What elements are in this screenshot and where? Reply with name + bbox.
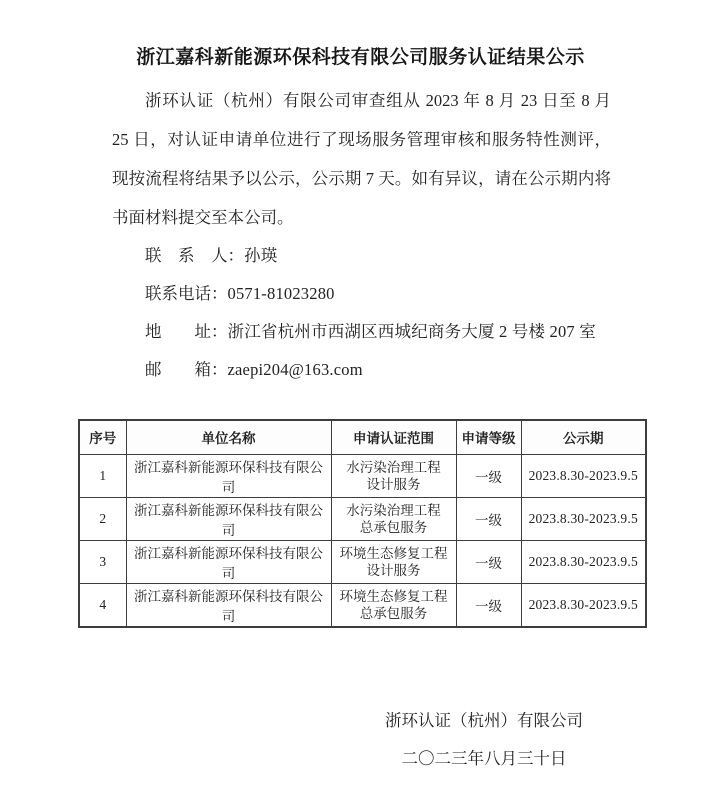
cell-company: 浙江嘉科新能源环保科技有限公司: [126, 454, 331, 497]
header-period: 公示期: [521, 420, 646, 454]
cell-grade: 一级: [456, 583, 521, 627]
cell-period: 2023.8.30-2023.9.5: [521, 454, 646, 497]
cell-no: 1: [79, 454, 126, 497]
cell-company: 浙江嘉科新能源环保科技有限公司: [126, 497, 331, 540]
cell-scope: 水污染治理工程 设计服务: [331, 454, 456, 497]
announcement-document: 浙江嘉科新能源环保科技有限公司服务认证结果公示 浙环认证（杭州）有限公司审查组从…: [0, 0, 721, 800]
contact-phone-label: 联系电话：: [145, 284, 228, 303]
header-scope: 申请认证范围: [331, 420, 456, 454]
table-row: 3 浙江嘉科新能源环保科技有限公司 环境生态修复工程 设计服务 一级 2023.…: [79, 540, 646, 583]
table-header-row: 序号 单位名称 申请认证范围 申请等级 公示期: [79, 420, 646, 454]
body-paragraph: 浙环认证（杭州）有限公司审查组从 2023 年 8 月 23 日至 8 月 25…: [112, 81, 611, 237]
contact-address-label: 地 址：: [145, 322, 228, 341]
contact-email-label: 邮 箱：: [145, 360, 228, 379]
table-row: 1 浙江嘉科新能源环保科技有限公司 水污染治理工程 设计服务 一级 2023.8…: [79, 454, 646, 497]
cell-grade: 一级: [456, 454, 521, 497]
cell-scope: 水污染治理工程 总承包服务: [331, 497, 456, 540]
contact-person-line: 联 系 人：孙瑛: [145, 237, 721, 275]
table-row: 4 浙江嘉科新能源环保科技有限公司 环境生态修复工程 总承包服务 一级 2023…: [79, 583, 646, 627]
cell-grade: 一级: [456, 540, 521, 583]
cell-company: 浙江嘉科新能源环保科技有限公司: [126, 583, 331, 627]
page-title: 浙江嘉科新能源环保科技有限公司服务认证结果公示: [0, 0, 721, 69]
cell-scope: 环境生态修复工程 设计服务: [331, 540, 456, 583]
contact-address-value: 浙江省杭州市西湖区西城纪商务大厦 2 号楼 207 室: [228, 322, 596, 341]
cell-period: 2023.8.30-2023.9.5: [521, 540, 646, 583]
cell-period: 2023.8.30-2023.9.5: [521, 497, 646, 540]
header-grade: 申请等级: [456, 420, 521, 454]
contact-address-line: 地 址：浙江省杭州市西湖区西城纪商务大厦 2 号楼 207 室: [145, 313, 721, 351]
contact-person-label: 联 系 人：: [145, 246, 244, 265]
cell-scope: 环境生态修复工程 总承包服务: [331, 583, 456, 627]
signature-company: 浙环认证（杭州）有限公司: [378, 702, 590, 740]
cell-no: 4: [79, 583, 126, 627]
cell-no: 2: [79, 497, 126, 540]
cell-grade: 一级: [456, 497, 521, 540]
signature-block: 浙环认证（杭州）有限公司 二〇二三年八月三十日: [378, 702, 590, 778]
contact-phone-line: 联系电话：0571-81023280: [145, 275, 721, 313]
cell-no: 3: [79, 540, 126, 583]
contact-person-value: 孙瑛: [244, 246, 277, 265]
contact-phone-value: 0571-81023280: [228, 284, 335, 303]
cell-company: 浙江嘉科新能源环保科技有限公司: [126, 540, 331, 583]
cell-period: 2023.8.30-2023.9.5: [521, 583, 646, 627]
contact-email-value: zaepi204@163.com: [228, 360, 363, 379]
header-company: 单位名称: [126, 420, 331, 454]
signature-date: 二〇二三年八月三十日: [378, 740, 590, 778]
contact-info: 联 系 人：孙瑛 联系电话：0571-81023280 地 址：浙江省杭州市西湖…: [145, 237, 721, 389]
contact-email-line: 邮 箱：zaepi204@163.com: [145, 351, 721, 389]
header-no: 序号: [79, 420, 126, 454]
table-row: 2 浙江嘉科新能源环保科技有限公司 水污染治理工程 总承包服务 一级 2023.…: [79, 497, 646, 540]
certification-result-table: 序号 单位名称 申请认证范围 申请等级 公示期 1 浙江嘉科新能源环保科技有限公…: [78, 419, 647, 628]
